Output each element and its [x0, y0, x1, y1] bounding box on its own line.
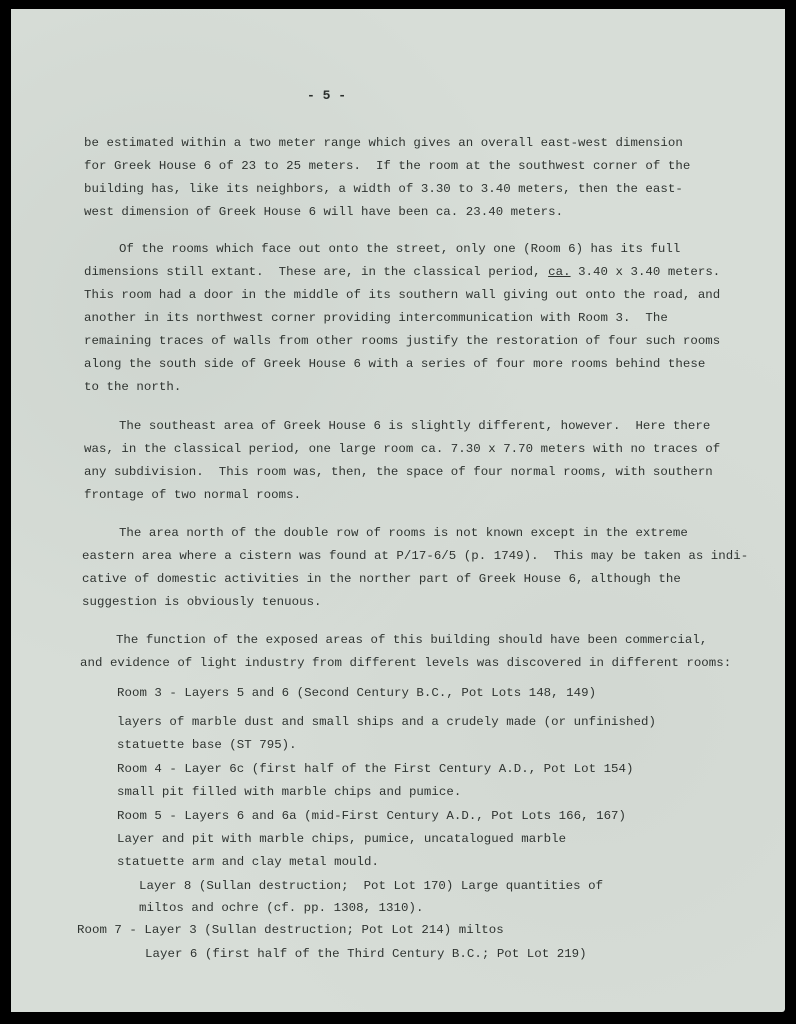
paragraph-5-line-2: and evidence of light industry from diff…: [80, 656, 731, 670]
room-5-detail-2: statuette arm and clay metal mould.: [117, 855, 379, 869]
paragraph-1-line-2: for Greek House 6 of 23 to 25 meters. If…: [84, 159, 690, 173]
paragraph-4-line-3: cative of domestic activities in the nor…: [82, 572, 681, 586]
room-3-detail-2: statuette base (ST 795).: [117, 738, 297, 752]
room-3-detail-1: layers of marble dust and small ships an…: [117, 715, 656, 729]
room-3-heading: Room 3 - Layers 5 and 6 (Second Century …: [117, 686, 596, 700]
paragraph-1-line-1: be estimated within a two meter range wh…: [84, 136, 683, 150]
paragraph-1-line-3: building has, like its neighbors, a widt…: [84, 182, 683, 196]
paragraph-2-line-5: remaining traces of walls from other roo…: [84, 334, 720, 348]
paragraph-1-line-4: west dimension of Greek House 6 will hav…: [84, 205, 563, 219]
room-7-heading: Room 7 - Layer 3 (Sullan destruction; Po…: [77, 923, 504, 937]
paragraph-3-line-1: The southeast area of Greek House 6 is s…: [89, 419, 710, 433]
room-4-detail: small pit filled with marble chips and p…: [117, 785, 461, 799]
room-7-layer-6: Layer 6 (first half of the Third Century…: [145, 947, 587, 961]
paragraph-2-line-2-start: dimensions still extant. These are, in t…: [84, 265, 548, 279]
circa-underlined: ca.: [548, 265, 570, 279]
room-5-heading: Room 5 - Layers 6 and 6a (mid-First Cent…: [117, 809, 626, 823]
typewritten-page: - 5 - be estimated within a two meter ra…: [11, 9, 785, 1012]
room-5-detail-1: Layer and pit with marble chips, pumice,…: [117, 832, 566, 846]
room-5-layer-8-detail: miltos and ochre (cf. pp. 1308, 1310).: [139, 901, 423, 915]
paragraph-3-line-3: any subdivision. This room was, then, th…: [84, 465, 713, 479]
paragraph-2-line-2-end: 3.40 x 3.40 meters.: [571, 265, 721, 279]
paragraph-3-line-2: was, in the classical period, one large …: [84, 442, 720, 456]
page-number: - 5 -: [307, 88, 346, 103]
paragraph-2-line-3: This room had a door in the middle of it…: [84, 288, 720, 302]
paragraph-4-line-4: suggestion is obviously tenuous.: [82, 595, 322, 609]
paragraph-2-line-4: another in its northwest corner providin…: [84, 311, 668, 325]
paragraph-2-line-7: to the north.: [84, 380, 181, 394]
paragraph-5-line-1: The function of the exposed areas of thi…: [86, 633, 707, 647]
paragraph-2-line-2: dimensions still extant. These are, in t…: [84, 265, 720, 279]
paragraph-2-line-1: Of the rooms which face out onto the str…: [89, 242, 680, 256]
paragraph-3-line-4: frontage of two normal rooms.: [84, 488, 301, 502]
paragraph-4-line-1: The area north of the double row of room…: [89, 526, 688, 540]
paragraph-4-line-2: eastern area where a cistern was found a…: [82, 549, 748, 563]
paragraph-2-line-6: along the south side of Greek House 6 wi…: [84, 357, 705, 371]
room-4-heading: Room 4 - Layer 6c (first half of the Fir…: [117, 762, 634, 776]
room-5-layer-8: Layer 8 (Sullan destruction; Pot Lot 170…: [139, 879, 603, 893]
